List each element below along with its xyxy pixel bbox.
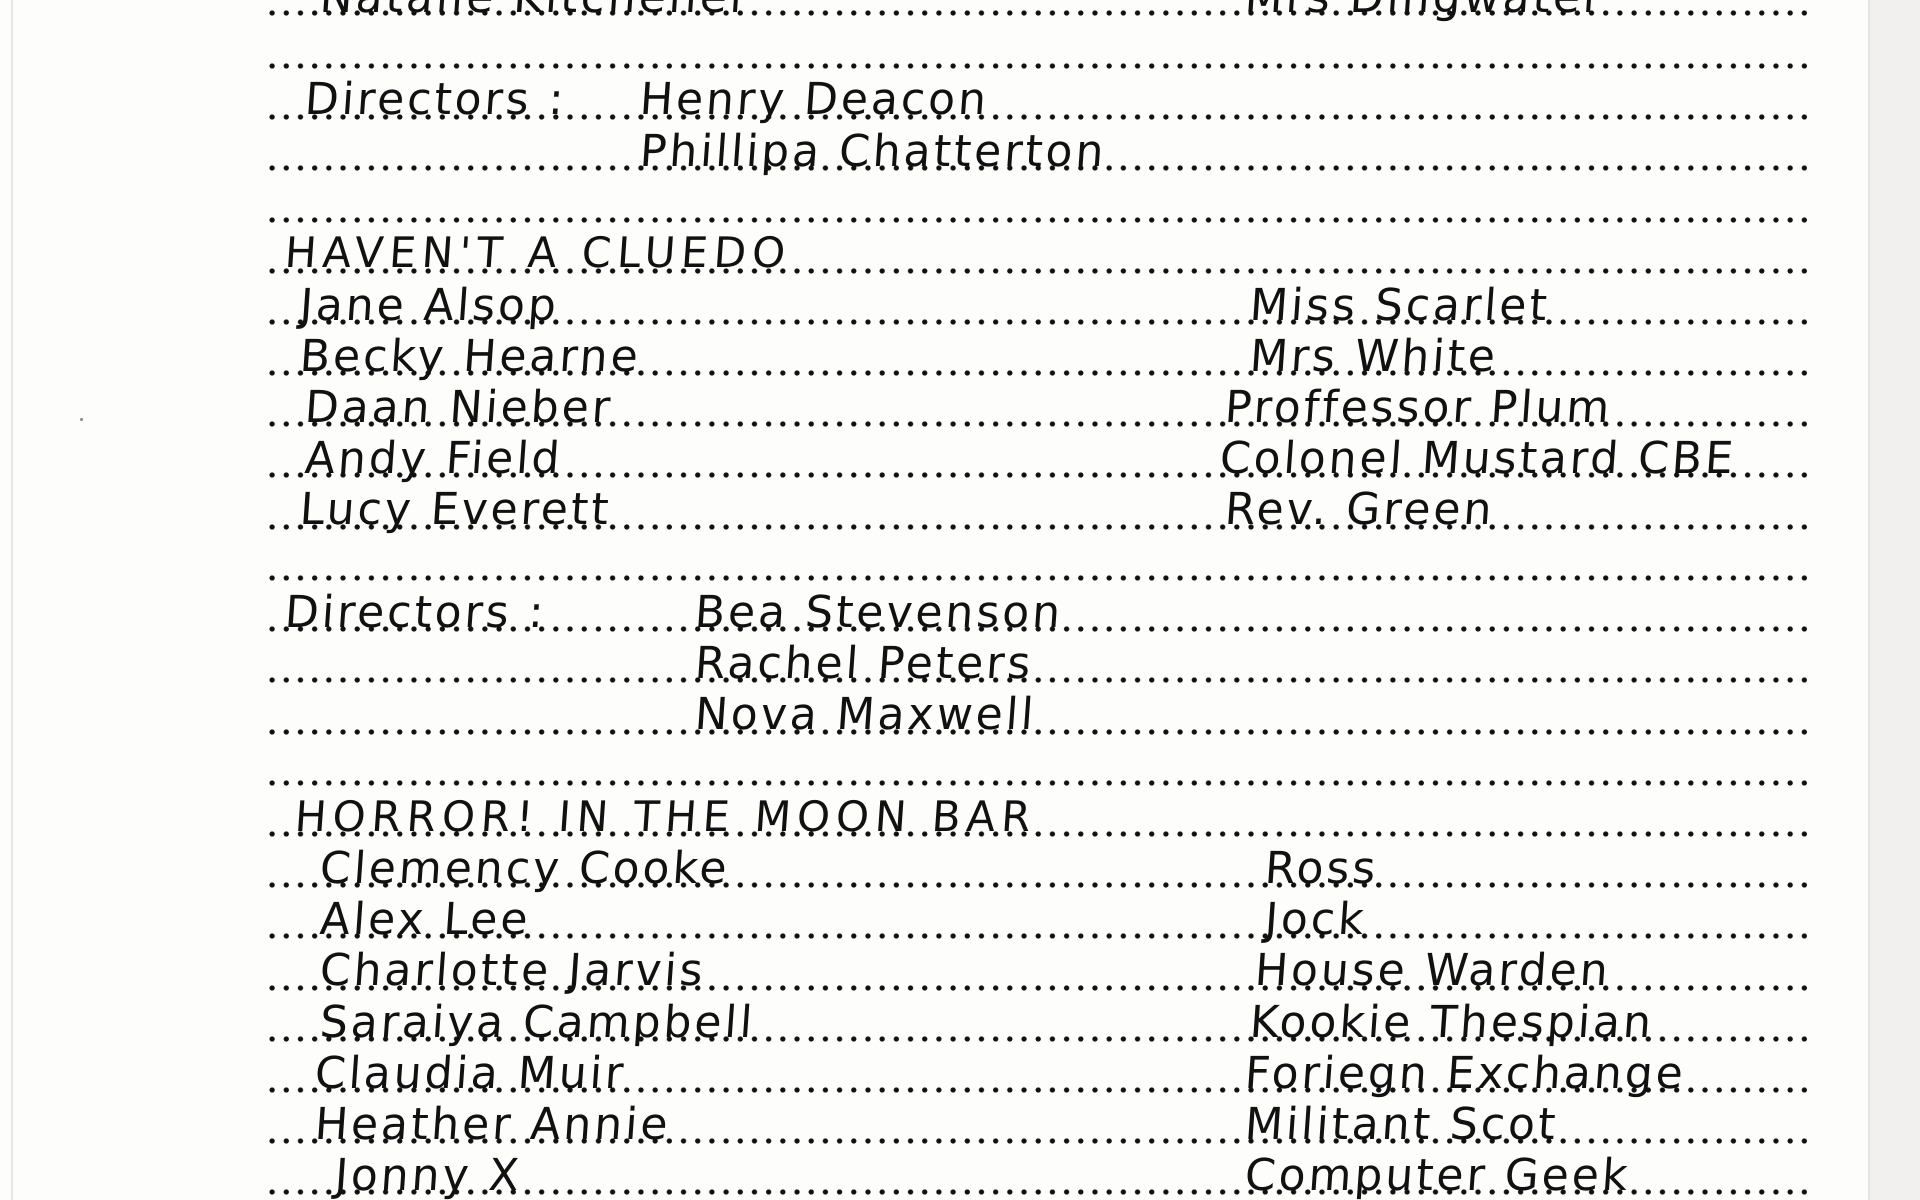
ruled-line: [265, 677, 1810, 683]
cast-role: Rev. Green: [1223, 484, 1496, 535]
cast-actor: Becky Hearne: [298, 331, 642, 382]
cast-actor: Andy Field: [303, 433, 564, 484]
cast-role: Foriegn Exchange: [1243, 1048, 1687, 1099]
ruled-line: [265, 63, 1810, 69]
cast-role: Miss Scarlet: [1248, 280, 1551, 331]
cast-role: Jock: [1263, 894, 1368, 945]
cast-actor: Charlotte Jarvis: [318, 945, 707, 996]
cast-role: Colonel Mustard CBE: [1218, 433, 1737, 484]
cast-actor: Jonny X: [333, 1150, 523, 1200]
play-title: HAVEN'T A CLUEDO: [283, 228, 793, 277]
director-name: Rachel Peters: [693, 638, 1035, 689]
scanner-margin: [1868, 0, 1920, 1200]
directors-label: Directors :: [283, 587, 548, 638]
cast-actor: Natalie Kitchener: [318, 0, 753, 23]
cast-actor: Claudia Muir: [313, 1048, 628, 1099]
director-name: Henry Deacon: [638, 74, 991, 125]
cast-actor: Daan Nieber: [303, 382, 615, 433]
ruled-line: [265, 780, 1810, 786]
cast-actor: Saraiya Campbell: [318, 997, 757, 1048]
director-name: Phillipa Chatterton: [638, 126, 1108, 177]
cast-actor: Jane Alsop: [298, 280, 561, 331]
director-name: Nova Maxwell: [693, 689, 1038, 740]
cast-actor: Lucy Everett: [298, 484, 613, 535]
cast-role: Mrs White: [1248, 331, 1499, 382]
cast-role: Kookie Thespian: [1248, 997, 1656, 1048]
cast-role: House Warden: [1253, 945, 1612, 996]
cast-list-page: Natalie Kitchener Mrs Dingwater Director…: [0, 0, 1868, 1200]
cast-actor: Clemency Cooke: [318, 843, 731, 894]
ruled-line: [265, 575, 1810, 581]
cast-role: Mrs Dingwater: [1243, 0, 1606, 23]
director-name: Bea Stevenson: [693, 587, 1065, 638]
cast-role: Computer Geek: [1243, 1150, 1632, 1200]
cast-actor: Heather Annie: [313, 1099, 672, 1150]
cast-role: Militant Scot: [1243, 1099, 1560, 1150]
cast-actor: Alex Lee: [318, 894, 532, 945]
cast-role: Proffessor Plum: [1223, 382, 1614, 433]
cast-role: Ross: [1263, 843, 1380, 894]
play-title: HORROR! IN THE MOON BAR: [293, 792, 1038, 841]
ruled-line: [265, 729, 1810, 735]
directors-label: Directors :: [303, 74, 568, 125]
ruled-line: [265, 217, 1810, 223]
